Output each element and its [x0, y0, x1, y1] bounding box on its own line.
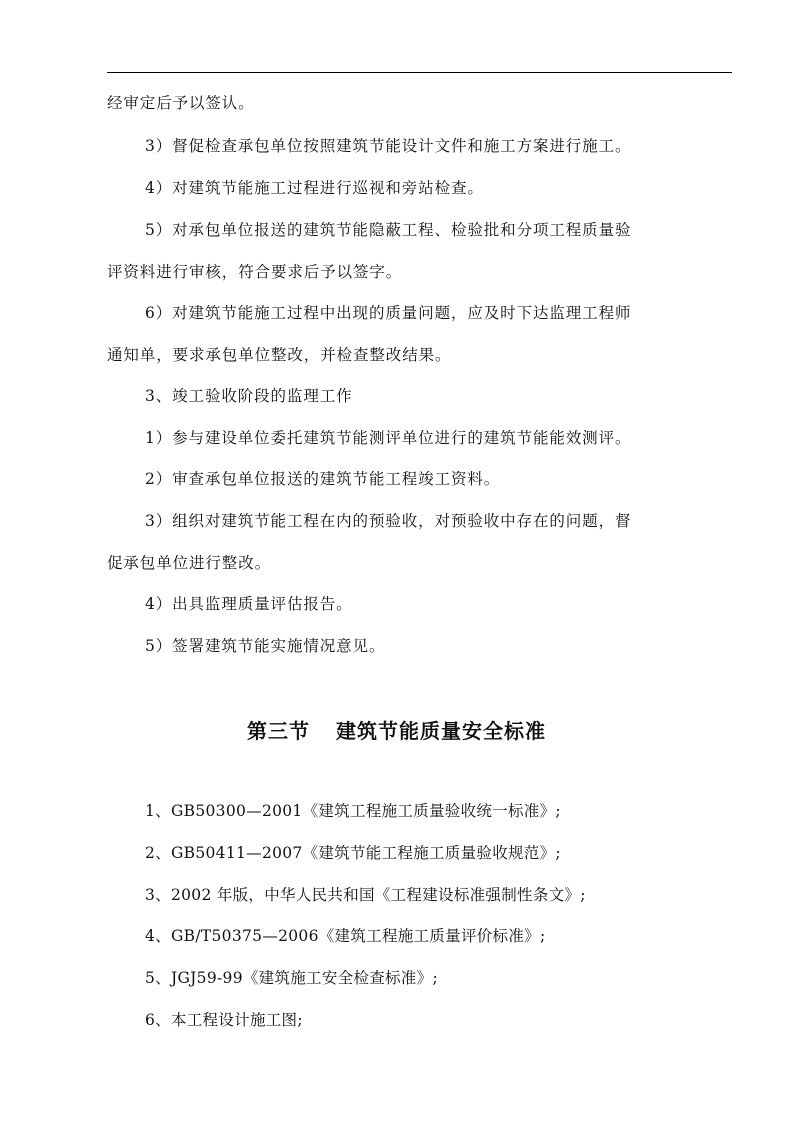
paragraph-line: 1）参与建设单位委托建筑节能测评单位进行的建筑节能能效测评。 — [145, 428, 631, 448]
standard-item: 1、GB50300—2001《建筑工程施工质量验收统一标准》; — [145, 801, 561, 821]
standard-item: 6、本工程设计施工图; — [145, 1010, 303, 1030]
standard-item: 5、JGJ59-99《建筑施工安全检查标准》; — [145, 968, 438, 988]
section-title: 建筑节能质量安全标准 — [336, 719, 546, 743]
standard-item: 2、GB50411—2007《建筑节能工程施工质量验收规范》; — [145, 843, 561, 863]
section-heading: 第三节建筑节能质量安全标准 — [0, 715, 793, 744]
header-rule — [107, 72, 732, 73]
paragraph-line: 5）对承包单位报送的建筑节能隐蔽工程、检验批和分项工程质量验 — [145, 220, 631, 240]
paragraph-line: 6）对建筑节能施工过程中出现的质量问题，应及时下达监理工程师 — [145, 303, 631, 323]
subsection-heading: 3、竣工验收阶段的监理工作 — [145, 386, 353, 406]
paragraph-line: 5）签署建筑节能实施情况意见。 — [145, 636, 385, 656]
paragraph-line: 评资料进行审核，符合要求后予以签字。 — [107, 262, 402, 282]
section-number: 第三节 — [247, 719, 310, 743]
paragraph-line: 经审定后予以签认。 — [107, 93, 255, 113]
paragraph-line: 2）审查承包单位报送的建筑节能工程竣工资料。 — [145, 469, 500, 489]
standard-item: 3、2002 年版，中华人民共和国《工程建设标准强制性条文》; — [145, 885, 586, 905]
standard-item: 4、GB/T50375—2006《建筑工程施工质量评价标准》; — [145, 926, 545, 946]
paragraph-line: 4）对建筑节能施工过程进行巡视和旁站检查。 — [145, 178, 484, 198]
paragraph-line: 通知单，要求承包单位整改，并检查整改结果。 — [107, 345, 451, 365]
paragraph-line: 促承包单位进行整改。 — [107, 553, 271, 573]
paragraph-line: 4）出具监理质量评估报告。 — [145, 594, 353, 614]
paragraph-line: 3）组织对建筑节能工程在内的预验收，对预验收中存在的问题，督 — [145, 511, 631, 531]
paragraph-line: 3）督促检查承包单位按照建筑节能设计文件和施工方案进行施工。 — [145, 136, 631, 156]
